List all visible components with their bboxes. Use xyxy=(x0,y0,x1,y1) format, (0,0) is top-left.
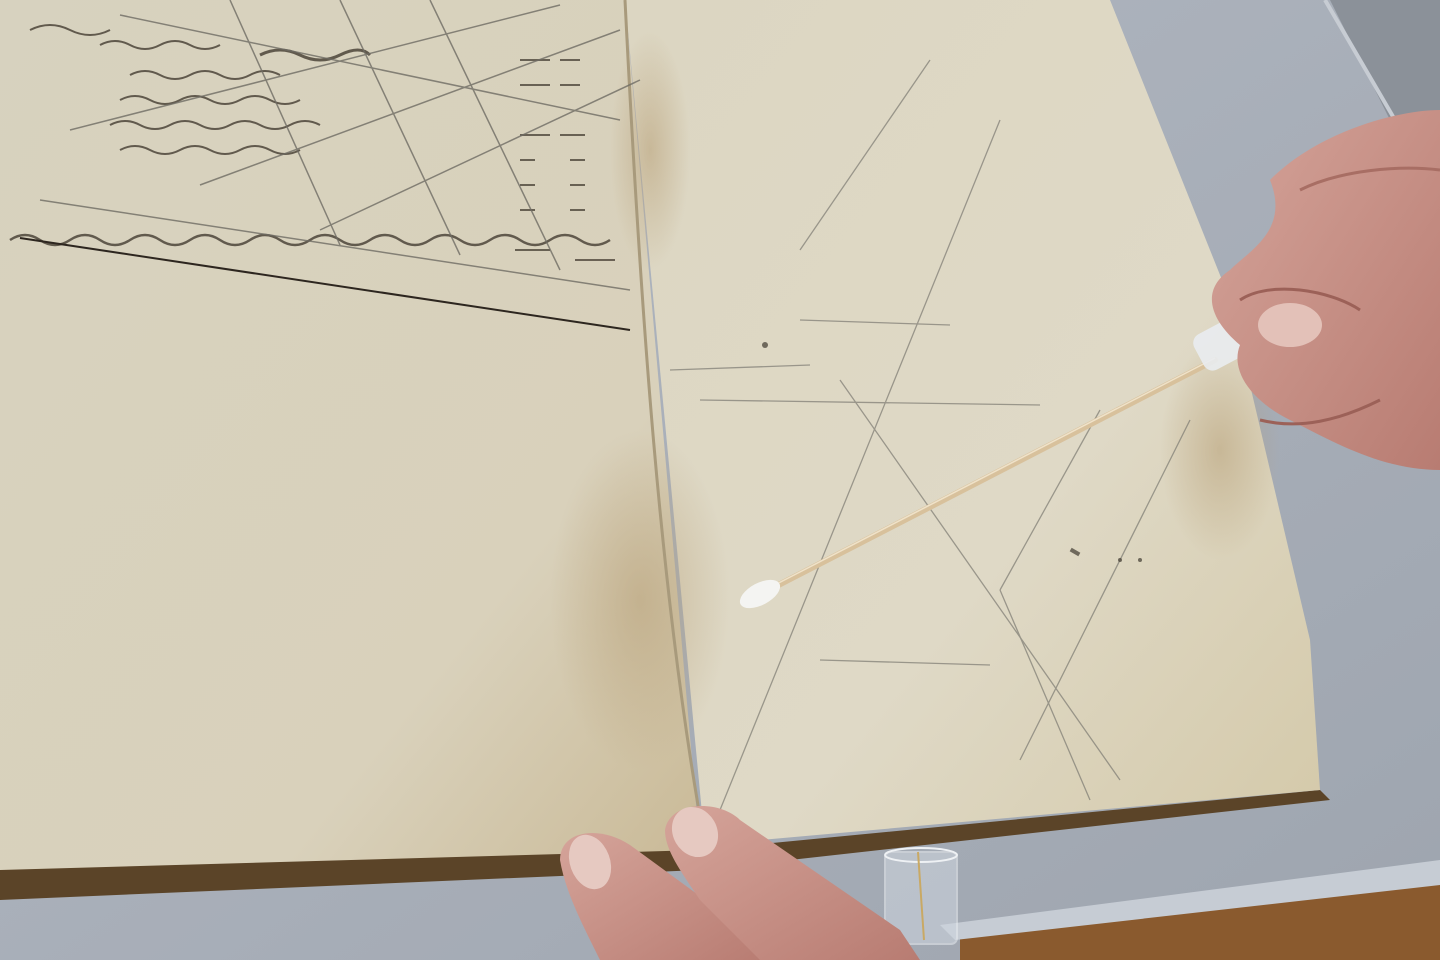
photo-illustration xyxy=(0,0,1440,960)
photo-scene xyxy=(0,0,1440,960)
